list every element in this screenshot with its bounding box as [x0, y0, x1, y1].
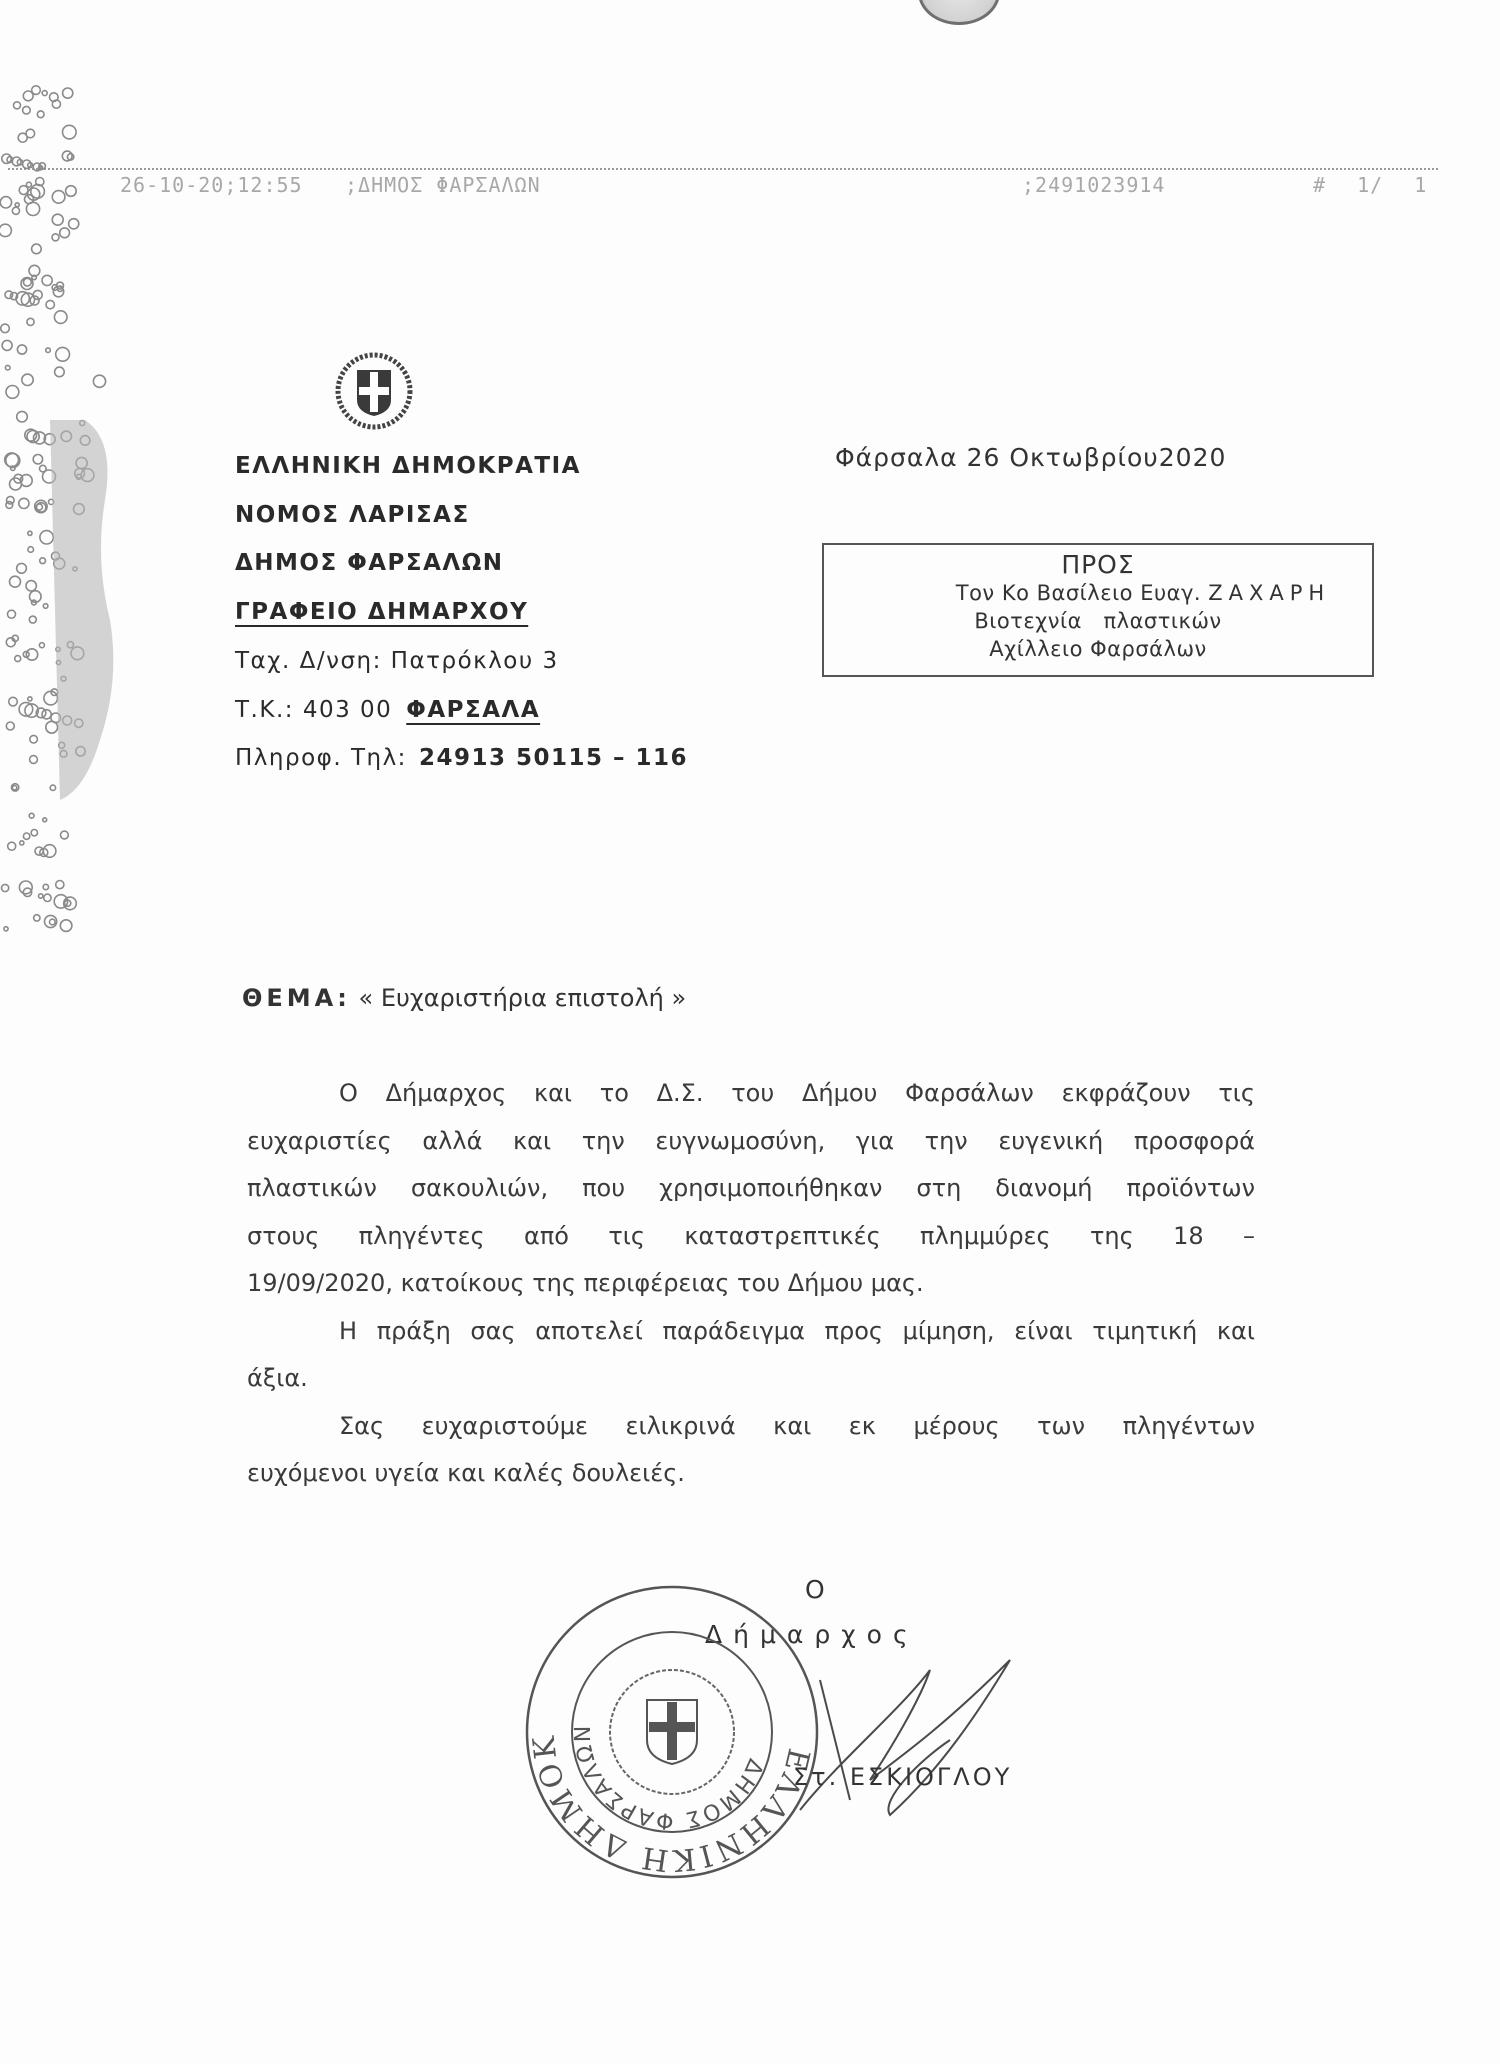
fax-sender: ;ΔΗΜΟΣ ΦΑΡΣΑΛΩΝ	[345, 173, 541, 197]
letterhead-municipality: ΔΗΜΟΣ ΦΑΡΣΑΛΩΝ	[235, 550, 504, 576]
body-line: 19/09/2020, κατοίκους της περιφέρειας το…	[247, 1260, 1255, 1308]
scan-blot	[918, 0, 1000, 25]
body-line: Ο Δήμαρχος και το Δ.Σ. του Δήμου Φαρσάλω…	[247, 1070, 1255, 1118]
municipal-stamp: ΕΛΛΗΝΙΚΗ ΔΗΜΟΚΡΑΤΙΑ ΔΗΜΟΣ ΦΑΡΣΑΛΩΝ	[522, 1582, 822, 1882]
postcode-city: ΦΑΡΣΑΛΑ	[406, 697, 540, 723]
body-line: Η πράξη σας αποτελεί παράδειγμα προς μίμ…	[247, 1308, 1255, 1356]
fax-page-count: # 1/ 1	[1313, 173, 1427, 197]
handwritten-signature	[780, 1650, 1060, 1820]
body-line: πλαστικών σακουλιών, που χρησιμοποιήθηκα…	[247, 1165, 1255, 1213]
recipient-title: ΠΡΟΣ	[824, 551, 1372, 579]
letterhead-postcode: Τ.Κ.: 403 00ΦΑΡΣΑΛΑ	[235, 697, 540, 723]
greek-coat-of-arms-icon	[333, 350, 415, 432]
letterhead-phone: Πληροφ. Τηλ:24913 50115 – 116	[235, 745, 688, 771]
body-line: Σας ευχαριστούμε ειλικρινά και εκ μέρους…	[247, 1403, 1255, 1451]
recipient-name-prefix: Τον Κο Βασίλειο Ευαγ.	[956, 581, 1201, 605]
recipient-box: ΠΡΟΣ Τον Κο Βασίλειο Ευαγ. ΖΑΧΑΡΗ Βιοτεχ…	[822, 543, 1374, 677]
fax-number: ;2491023914	[1022, 173, 1165, 197]
letter-body: Ο Δήμαρχος και το Δ.Σ. του Δήμου Φαρσάλω…	[247, 1070, 1255, 1498]
letterhead-office: ΓΡΑΦΕΙΟ ΔΗΜΑΡΧΟΥ	[235, 599, 528, 625]
letterhead-republic: ΕΛΛΗΝΙΚΗ ΔΗΜΟΚΡΑΤΙΑ	[235, 453, 581, 479]
phone-number: 24913 50115 – 116	[419, 745, 688, 771]
fax-header-rule	[8, 168, 1438, 170]
body-line: στους πληγέντες από τις καταστρεπτικές π…	[247, 1213, 1255, 1261]
letterhead-prefecture: ΝΟΜΟΣ ΛΑΡΙΣΑΣ	[235, 502, 470, 528]
letterhead-address: Ταχ. Δ/νση: Πατρόκλου 3	[235, 648, 559, 674]
fax-datetime: 26-10-20;12:55	[120, 173, 303, 197]
recipient-name: Τον Κο Βασίλειο Ευαγ. ΖΑΧΑΡΗ	[824, 579, 1372, 607]
recipient-location: Αχίλλειο Φαρσάλων	[824, 635, 1372, 663]
scan-noise	[0, 60, 130, 960]
subject-line: ΘΕΜΑ: « Ευχαριστήρια επιστολή »	[242, 984, 686, 1012]
signatory-name: Στ. ΕΣΚΙΟΓΛΟΥ	[793, 1763, 1012, 1791]
body-paragraph-1: Ο Δήμαρχος και το Δ.Σ. του Δήμου Φαρσάλω…	[247, 1070, 1255, 1308]
phone-label: Πληροφ. Τηλ:	[235, 745, 407, 771]
letter-date: Φάρσαλα 26 Οκτωβρίου2020	[835, 443, 1226, 472]
body-paragraph-2: Η πράξη σας αποτελεί παράδειγμα προς μίμ…	[247, 1308, 1255, 1403]
body-line: ευχαριστίες αλλά και την ευγνωμοσύνη, γι…	[247, 1118, 1255, 1166]
subject-text: « Ευχαριστήρια επιστολή »	[359, 984, 687, 1012]
postcode-label: Τ.Κ.: 403 00	[235, 697, 392, 723]
body-line: ευχόμενοι υγεία και καλές δουλειές.	[247, 1450, 1255, 1498]
subject-label: ΘΕΜΑ:	[242, 984, 351, 1012]
recipient-business: Βιοτεχνία πλαστικών	[824, 607, 1372, 635]
body-line: άξια.	[247, 1355, 1255, 1403]
body-paragraph-3: Σας ευχαριστούμε ειλικρινά και εκ μέρους…	[247, 1403, 1255, 1498]
recipient-surname: ΖΑΧΑΡΗ	[1208, 581, 1330, 605]
